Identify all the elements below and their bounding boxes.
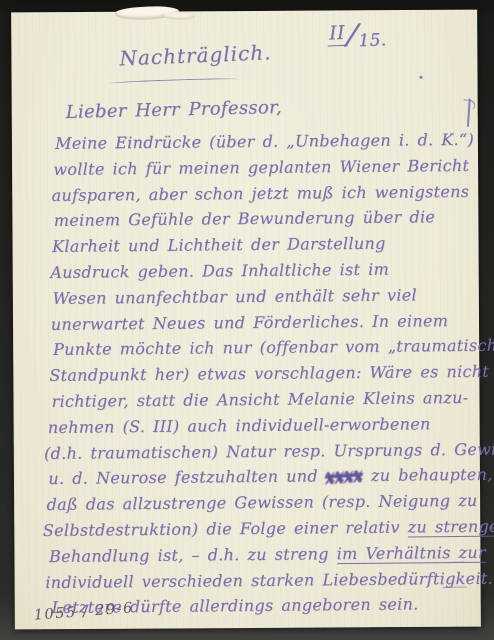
date-numerator: II — [327, 22, 348, 47]
line-text: zu behaupten, — [363, 465, 493, 485]
line-text: Behandlung ist, – d.h. zu streng — [49, 544, 337, 566]
letter-line-with-deletion: u. d. Neurose festzuhalten und xxxx zu b… — [48, 462, 472, 492]
letter-line: richtiger, statt die Ansicht Melanie Kle… — [51, 385, 471, 415]
letter-line: Standpunkt her) etwas vorschlagen: Wäre … — [49, 359, 471, 389]
letter-paper: II/15. Nachträglich. Lieber Herr Profess… — [11, 10, 481, 630]
torn-edge-mark-small — [161, 12, 195, 20]
line-text: Selbstdestruktion) die Folge einer relat… — [43, 517, 408, 540]
letter-line: nehmen (S. III) auch individuell-erworbe… — [48, 411, 472, 441]
letter-line: aufsparen, aber schon jetzt muß ich weni… — [51, 178, 469, 208]
letter-line: unerwartet Neues und Förderliches. In ei… — [51, 307, 471, 337]
letter-line: Ausdruck geben. Das Inhaltliche ist im — [50, 256, 470, 286]
letter-body: Meine Eindrücke (über d. „Unbehagen i. d… — [39, 127, 474, 621]
letter-line: wollte ich für meinen geplanten Wiener B… — [53, 153, 469, 183]
margin-pen-mark — [460, 98, 476, 129]
date-mark: II/15. — [327, 16, 387, 53]
ink-dot — [420, 76, 423, 79]
underlined-words: zu strengen — [408, 516, 494, 537]
letter-line: Punkte möchte ich nur (offenbar vom „tra… — [53, 333, 471, 363]
salutation: Lieber Herr Professor, — [66, 97, 283, 123]
letter-line: Wesen unanfechtbar und enthält sehr viel — [52, 282, 470, 312]
scribbled-out-word: xxxx — [325, 460, 364, 492]
letter-line: Meine Eindrücke (über d. „Unbehagen i. d… — [55, 127, 469, 157]
letter-line-with-underline: Behandlung ist, – d.h. zu streng im Verh… — [49, 540, 473, 570]
heading-underline — [109, 77, 239, 85]
letter-heading: Nachträglich. — [119, 40, 272, 70]
date-slash: / — [345, 17, 359, 53]
line-text: u. d. Neurose festzuhalten und — [48, 467, 326, 489]
pen-mark-flourish — [463, 99, 476, 110]
letter-line: meinem Gefühle der Bewunderung über die — [54, 204, 470, 234]
date-denominator: 15. — [358, 30, 387, 51]
letter-line-with-underline: Selbstdestruktion) die Folge einer relat… — [43, 514, 473, 544]
letter-line: daß das allzustrenge Gewissen (resp. Nei… — [46, 488, 472, 518]
letter-line: Klarheit und Lichtheit der Darstellung — [52, 230, 470, 260]
photographed-letter-scan: { "photo": { "background_color": "#23232… — [0, 0, 494, 640]
